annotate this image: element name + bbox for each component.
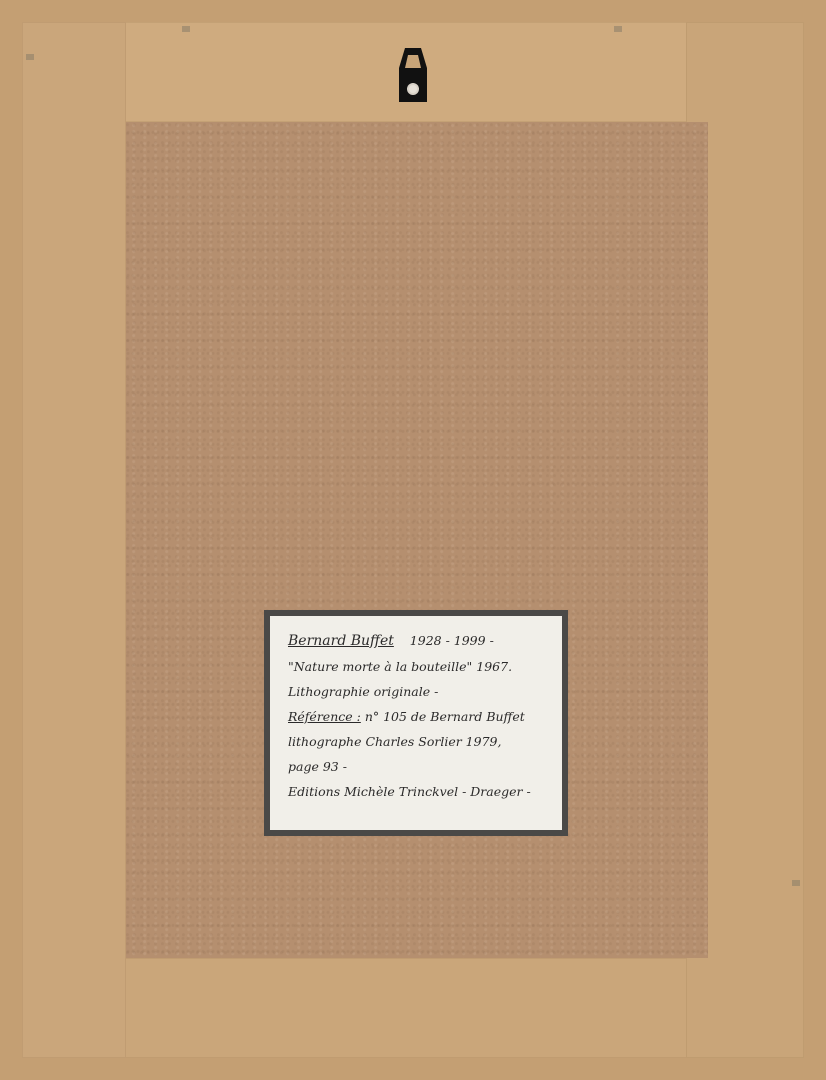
artwork-title: "Nature morte à la bouteille" 1967. — [288, 654, 550, 679]
hanger-icon — [396, 46, 430, 106]
artist-name: Bernard Buffet — [288, 633, 394, 649]
staple — [614, 26, 622, 32]
publisher-line: Editions Michèle Trinckvel - Draeger - — [288, 779, 550, 804]
reference-label: Référence : — [288, 709, 361, 724]
catalogue-line: lithographe Charles Sorlier 1979, — [288, 729, 550, 754]
page-line: page 93 - — [288, 754, 550, 779]
label-reference-line: Référence : n° 105 de Bernard Buffet — [288, 704, 550, 729]
medium: Lithographie originale - — [288, 679, 550, 704]
label-card: Bernard Buffet 1928 - 1999 - "Nature mor… — [270, 616, 562, 830]
staple — [792, 880, 800, 886]
artist-dates: 1928 - 1999 - — [410, 633, 494, 648]
label-artist-line: Bernard Buffet 1928 - 1999 - — [288, 628, 550, 654]
reference-text: n° 105 de Bernard Buffet — [365, 709, 525, 724]
staple — [182, 26, 190, 32]
provenance-label: Bernard Buffet 1928 - 1999 - "Nature mor… — [264, 610, 568, 836]
staple — [26, 54, 34, 60]
